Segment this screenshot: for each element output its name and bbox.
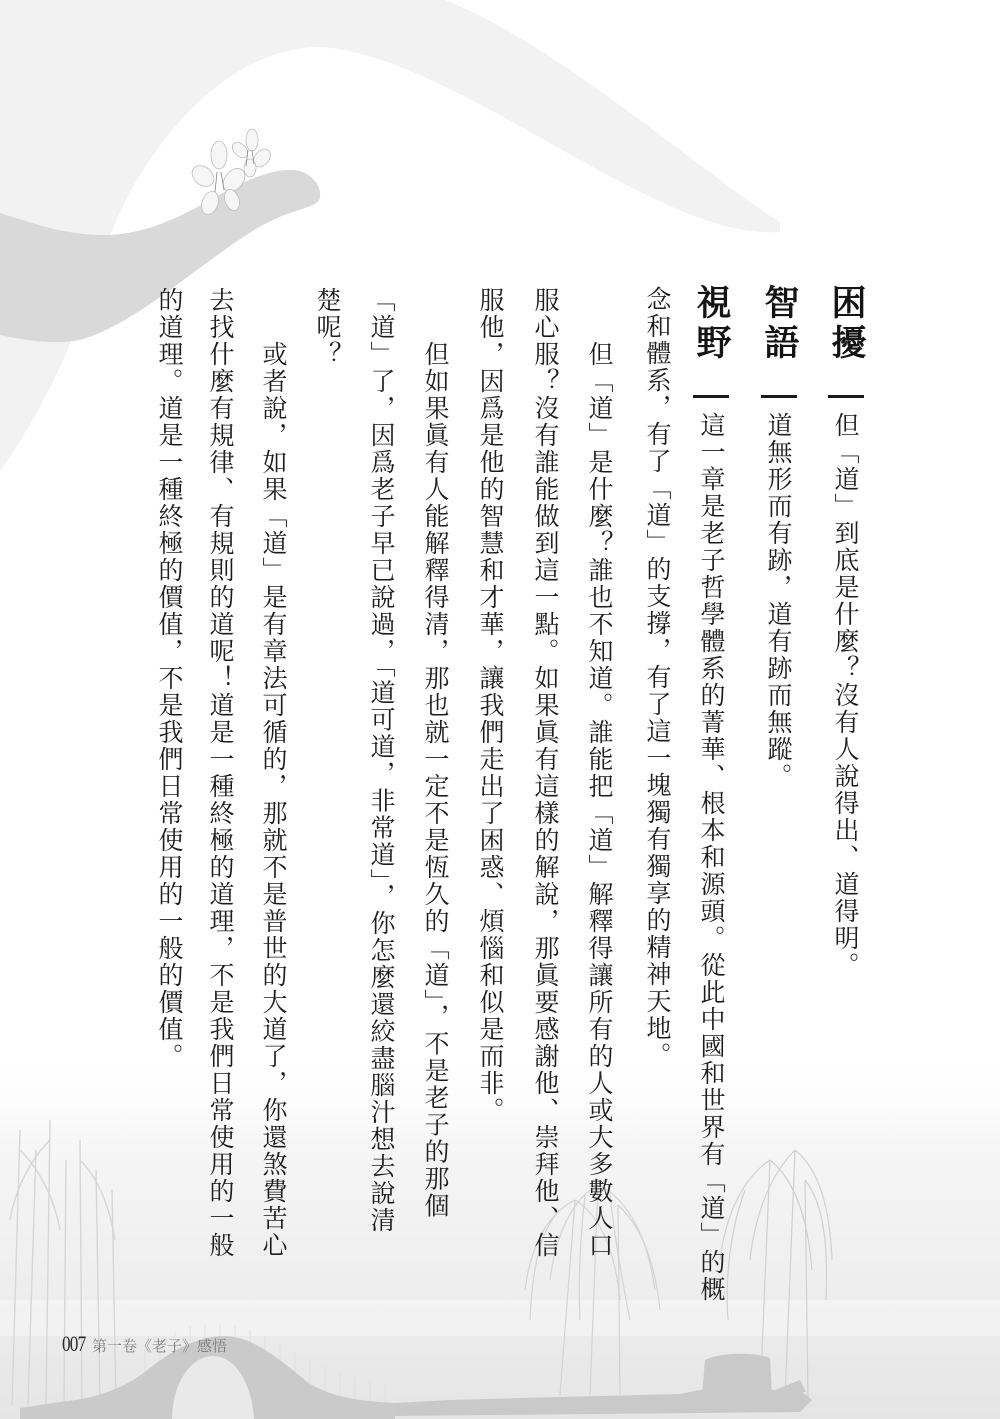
- note-divider: [761, 395, 797, 398]
- note-text-shiye-line-1: 這一章是老子哲學體系的菁華、根本和源頭。從此中國和世界有「道」的概: [698, 412, 725, 1303]
- note-divider: [693, 395, 729, 398]
- paragraph-2-line-3: 楚呢？: [314, 287, 341, 368]
- page-footer: 007 第一卷《老子》感悟: [62, 1331, 227, 1355]
- paragraph-3-line-3: 的道理。道是一種終極的價值，不是我們日常使用的一般的價值。: [156, 287, 183, 1070]
- paragraph-1-line-2: 服心服？沒有誰能做到這一點。如果眞有這樣的解說，那眞要感謝他、崇拜他、信: [532, 287, 559, 1259]
- paragraph-1-line-1: 但「道」是什麼？誰也不知道。誰能把「道」解釋得讓所有的人或大多數人口: [586, 341, 613, 1259]
- paragraph-3-line-1: 或者說，如果「道」是有章法可循的，那就不是普世的大道了，你還煞費苦心: [260, 341, 287, 1259]
- note-text-kunrao: 但「道」到底是什麼？沒有人說得出、道得明。: [832, 412, 859, 979]
- paragraph-3-line-2: 去找什麼有規律、有規則的道呢！道是一種終極的道理，不是我們日常使用的一般: [207, 287, 234, 1259]
- boat-cabin: [702, 1354, 772, 1395]
- note-text-zhiyu: 道無形而有跡，道有跡而無蹤。: [765, 412, 792, 790]
- page-number: 007: [62, 1331, 85, 1357]
- note-heading-shiye: 視野: [692, 284, 730, 364]
- book-page: 困擾 但「道」到底是什麼？沒有人說得出、道得明。 智語 道無形而有跡，道有跡而無…: [0, 0, 1000, 1419]
- paragraph-2-line-1: 但如果眞有人能解釋得清，那也就一定不是恆久的「道」，不是老子的那個: [422, 341, 449, 1220]
- paragraph-1-line-3: 服他，因爲是他的智慧和才華，讓我們走出了困惑、煩惱和似是而非。: [477, 287, 504, 1124]
- note-text-shiye-line-2: 念和體系，有了「道」的支撐，有了這一塊獨有獨享的精神天地。: [644, 286, 671, 1069]
- note-divider: [828, 395, 864, 398]
- note-heading-kunrao: 困擾: [827, 284, 865, 364]
- note-heading-zhiyu: 智語: [760, 284, 798, 364]
- paragraph-2-line-2: 「道」了，因爲老子早已說過，「道可道，非常道」，你怎麼還絞盡腦汁想去說清: [368, 287, 395, 1234]
- running-chapter-title: 第一卷《老子》感悟: [92, 1335, 227, 1356]
